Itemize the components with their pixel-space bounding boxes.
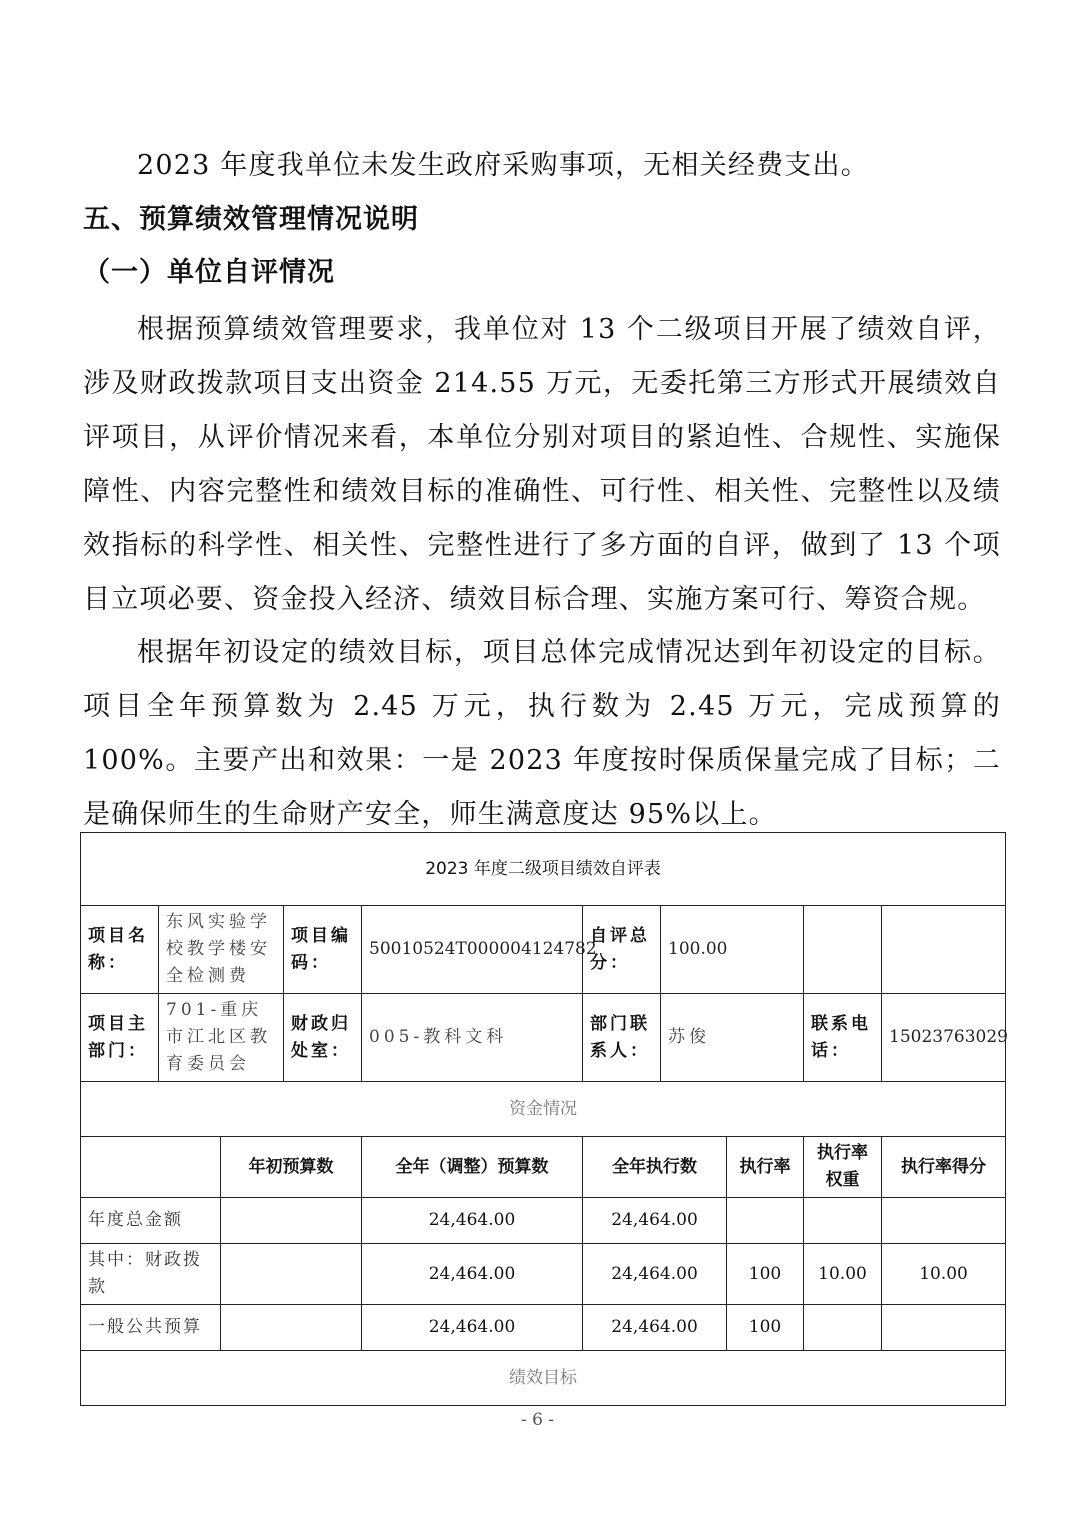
dept-value: 701-重庆市江北区教育委员会 xyxy=(159,994,284,1082)
paragraph-procurement: 2023 年度我单位未发生政府采购事项，无相关经费支出。 xyxy=(83,139,1001,193)
cell-adjusted-budget: 24,464.00 xyxy=(362,1198,583,1244)
cell-initial-budget xyxy=(221,1244,362,1305)
table-row: 其中：财政拨款 24,464.00 24,464.00 100 10.00 10… xyxy=(81,1244,1006,1305)
cell-executed: 24,464.00 xyxy=(583,1305,727,1351)
cell-executed: 24,464.00 xyxy=(583,1244,727,1305)
funds-header-executed: 全年执行数 xyxy=(583,1137,727,1198)
score-value: 100.00 xyxy=(661,906,804,994)
section-heading: 五、预算绩效管理情况说明 xyxy=(83,197,419,236)
funds-header-initial-budget: 年初预算数 xyxy=(221,1137,362,1198)
table-row: 一般公共预算 24,464.00 24,464.00 100 xyxy=(81,1305,1006,1351)
cell-exec-rate: 100 xyxy=(727,1244,804,1305)
cell-exec-score xyxy=(882,1198,1006,1244)
table-row: 年度总金额 24,464.00 24,464.00 xyxy=(81,1198,1006,1244)
performance-evaluation-table: 2023 年度二级项目绩效自评表 项目名称： 东风实验学校教学楼安全检测费 项目… xyxy=(80,832,1006,1406)
phone-label: 联系电话： xyxy=(804,994,882,1082)
row-label: 一般公共预算 xyxy=(81,1305,221,1351)
cell-executed: 24,464.00 xyxy=(583,1198,727,1244)
cell-exec-weight: 10.00 xyxy=(804,1244,882,1305)
cell-exec-score: 10.00 xyxy=(882,1244,1006,1305)
cell-adjusted-budget: 24,464.00 xyxy=(362,1305,583,1351)
phone-value: 15023763029 xyxy=(882,994,1006,1082)
row-label: 年度总金额 xyxy=(81,1198,221,1244)
finance-office-value: 005-教科文科 xyxy=(362,994,583,1082)
finance-office-label: 财政归处室： xyxy=(284,994,362,1082)
cell-exec-rate xyxy=(727,1198,804,1244)
dept-label: 项目主部门： xyxy=(81,994,159,1082)
funds-header-exec-rate: 执行率 xyxy=(727,1137,804,1198)
document-page: 2023 年度我单位未发生政府采购事项，无相关经费支出。 五、预算绩效管理情况说… xyxy=(0,0,1075,1520)
paragraph-performance-result: 根据年初设定的绩效目标，项目总体完成情况达到年初设定的目标。项目全年预算数为 2… xyxy=(83,626,1001,842)
funds-header-blank xyxy=(81,1137,221,1198)
project-name-value: 东风实验学校教学楼安全检测费 xyxy=(159,906,284,994)
paragraph-self-evaluation: 根据预算绩效管理要求，我单位对 13 个二级项目开展了绩效自评，涉及财政拨款项目… xyxy=(83,303,1001,627)
empty-cell xyxy=(882,906,1006,994)
funds-header-exec-score: 执行率得分 xyxy=(882,1137,1006,1198)
project-code-label: 项目编码： xyxy=(284,906,362,994)
score-label: 自评总分： xyxy=(583,906,661,994)
contact-value: 苏俊 xyxy=(661,994,804,1082)
cell-exec-rate: 100 xyxy=(727,1305,804,1351)
cell-initial-budget xyxy=(221,1198,362,1244)
funds-header-exec-weight: 执行率权重 xyxy=(804,1137,882,1198)
empty-cell xyxy=(804,906,882,994)
project-name-label: 项目名称： xyxy=(81,906,159,994)
subsection-heading: （一）单位自评情况 xyxy=(83,250,335,289)
cell-adjusted-budget: 24,464.00 xyxy=(362,1244,583,1305)
contact-label: 部门联系人： xyxy=(583,994,661,1082)
page-number: - 6 - xyxy=(0,1410,1075,1430)
funds-section-heading: 资金情况 xyxy=(81,1082,1006,1137)
cell-exec-score xyxy=(882,1305,1006,1351)
goals-section-heading: 绩效目标 xyxy=(81,1351,1006,1406)
cell-exec-weight xyxy=(804,1305,882,1351)
cell-exec-weight xyxy=(804,1198,882,1244)
row-label: 其中：财政拨款 xyxy=(81,1244,221,1305)
funds-header-adjusted-budget: 全年（调整）预算数 xyxy=(362,1137,583,1198)
table-title: 2023 年度二级项目绩效自评表 xyxy=(81,833,1006,906)
cell-initial-budget xyxy=(221,1305,362,1351)
project-code-value: 50010524T000004124782 xyxy=(362,906,583,994)
